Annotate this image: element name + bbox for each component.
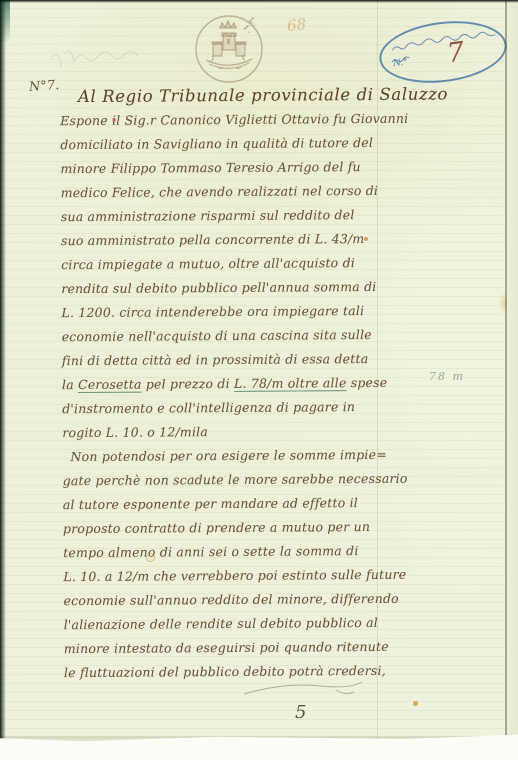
paper-bottom-edge — [0, 736, 518, 746]
manuscript-text-segment: tempo almeno di anni sei o sette la somm… — [63, 543, 358, 560]
manuscript-text-segment: economie nell'acquisto di una cascina si… — [62, 327, 372, 344]
manuscript-line: sua amministrazione risparmi sul reddito… — [61, 203, 391, 229]
manuscript-text-segment: minore intestato da eseguirsi poi quando… — [64, 639, 389, 656]
manuscript-line: proposto contratto di prendere a mutuo p… — [63, 515, 393, 541]
manuscript-text-segment: circa impiegate a mutuo, oltre all'acqui… — [61, 255, 355, 272]
manuscript-line: d'instromento e coll'intelligenza di pag… — [62, 395, 392, 421]
manuscript-text-segment: al tutore esponente per mandare ad effet… — [63, 495, 358, 512]
flourish-swash — [240, 676, 370, 702]
manuscript-line: Non potendosi per ora esigere le somme i… — [62, 443, 392, 469]
manuscript-text: Al Regio Tribunale provinciale di Saluzz… — [60, 83, 394, 685]
manuscript-line: la Cerosetta pel prezzo di L. 78/m oltre… — [62, 371, 392, 397]
manuscript-line: al tutore esponente per mandare ad effet… — [63, 491, 393, 517]
embossed-revenue-stamp: L. 1. — [192, 11, 266, 85]
manuscript-line: circa impiegate a mutuo, oltre all'acqui… — [61, 251, 391, 277]
manuscript-line: Al Regio Tribunale provinciale di Saluzz… — [60, 83, 390, 109]
manuscript-line: domiciliato in Savigliano in qualità di … — [60, 131, 390, 157]
manuscript-line: rogito L. 10. o 12/mila — [62, 419, 392, 445]
manuscript-text-segment: suo amministrato pella concorrente di L.… — [61, 231, 365, 248]
underlined-text: Cerosetta — [78, 377, 142, 392]
scan-edge-left — [0, 0, 6, 745]
manuscript-text-segment: pel prezzo di — [142, 376, 234, 392]
manuscript-text-segment: L. 1200. circa intenderebbe ora impiegar… — [61, 303, 364, 320]
manuscript-line: medico Felice, che avendo realizzati nel… — [61, 179, 391, 205]
manuscript-text-segment: proposto contratto di prendere a mutuo p… — [63, 519, 370, 536]
manuscript-text-segment: economie sull'annuo reddito del minore, … — [63, 591, 398, 608]
manuscript-text-segment: la — [62, 377, 78, 392]
manuscript-text-segment: Al Regio Tribunale provinciale di Saluzz… — [78, 84, 448, 106]
stamp-page-number: 7 — [445, 37, 466, 70]
paper-sheet: L. 1. N.° 7 68 N°7. Al Regio Tribunale p… — [0, 0, 518, 745]
scan-edge-top — [0, 0, 518, 3]
manuscript-line: rendita sul debito pubblico pell'annua s… — [61, 275, 391, 301]
stain — [364, 237, 368, 241]
manuscript-line: L. 1200. circa intenderebbe ora impiegar… — [61, 299, 391, 325]
manuscript-line: l'alienazione delle rendite sul debito p… — [64, 611, 394, 637]
manuscript-text-segment: domiciliato in Savigliano in qualità di … — [60, 135, 373, 152]
manuscript-text-segment: spese — [346, 375, 387, 390]
manuscript-line: fini di detta città ed in prossimità di … — [62, 347, 392, 373]
manuscript-text-segment: medico Felice, che avendo realizzati nel… — [61, 183, 379, 200]
manuscript-text-segment: rogito L. 10. o 12/mila — [62, 424, 208, 440]
archival-number: N°7. — [29, 78, 60, 95]
manuscript-text-segment: L. 10. a 12/m che verrebbero poi estinto… — [63, 567, 406, 584]
registry-oval-stamp: N.° 7 — [376, 14, 510, 89]
page-bottom-mark: 5 — [295, 702, 306, 723]
manuscript-text-segment: d'instromento e coll'intelligenza di pag… — [62, 399, 355, 416]
manuscript-line: gate perchè non scadute le more sarebbe … — [63, 467, 393, 493]
manuscript-line: economie sull'annuo reddito del minore, … — [63, 587, 393, 613]
manuscript-text-segment: sua amministrazione risparmi sul reddito… — [61, 207, 355, 224]
manuscript-line: suo amministrato pella concorrente di L.… — [61, 227, 391, 253]
bleedthrough-number: 68 — [286, 15, 307, 35]
manuscript-line: L. 10. a 12/m che verrebbero poi estinto… — [63, 563, 393, 589]
stain — [112, 118, 116, 122]
manuscript-line: Espone il Sig.r Canonico Viglietti Ottav… — [60, 107, 390, 133]
margin-note: 78 m — [429, 370, 465, 383]
page-margin-strip — [507, 0, 518, 745]
manuscript-text-segment: gate perchè non scadute le more sarebbe … — [63, 471, 408, 488]
manuscript-line: tempo almeno di anni sei o sette la somm… — [63, 539, 393, 565]
underlined-text: L. 78/m oltre alle — [234, 375, 347, 391]
manuscript-text-segment: minore Filippo Tommaso Teresio Arrigo de… — [60, 159, 360, 176]
stamp-script-scribble — [376, 14, 510, 89]
stain — [413, 701, 418, 706]
scanned-document-page: L. 1. N.° 7 68 N°7. Al Regio Tribunale p… — [0, 0, 518, 760]
manuscript-line: economie nell'acquisto di una cascina si… — [62, 323, 392, 349]
bleedthrough-mark — [45, 42, 155, 72]
manuscript-text-segment: fini di detta città ed in prossimità di … — [62, 351, 369, 368]
manuscript-text-segment: Non potendosi per ora esigere le somme i… — [70, 447, 386, 464]
stamp-number-prefix: N.° — [393, 57, 409, 69]
manuscript-line: minore Filippo Tommaso Teresio Arrigo de… — [60, 155, 390, 181]
manuscript-text-segment: rendita sul debito pubblico pell'annua s… — [61, 279, 376, 296]
stain — [146, 553, 155, 562]
manuscript-line: minore intestato da eseguirsi poi quando… — [64, 635, 394, 661]
fold-line — [377, 0, 378, 745]
manuscript-text-segment: l'alienazione delle rendite sul debito p… — [64, 615, 378, 632]
